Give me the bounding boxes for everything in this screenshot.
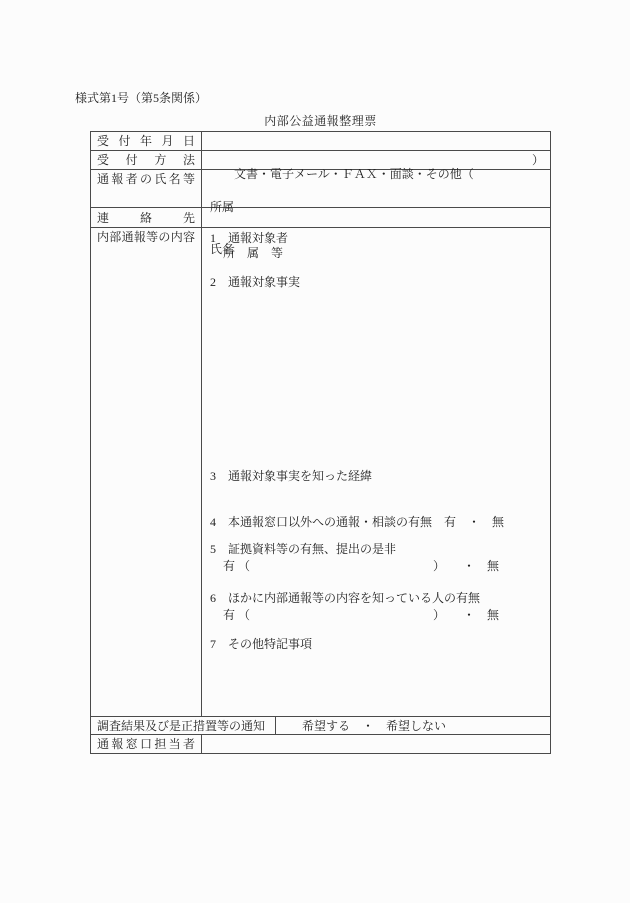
content-item-6-open: 有 （ (223, 608, 250, 622)
report-content-label: 内部通報等の内容 (91, 228, 202, 716)
content-item-3: 3 通報対象事実を知った経緯 (210, 469, 372, 483)
content-item-6-close: ） ・ 無 (433, 608, 499, 622)
row-reception-date: 受付年月日 (91, 132, 550, 151)
row-report-content: 内部通報等の内容 1 通報対象者 所 属 等 2 通報対象事実 3 通報対象事実… (91, 228, 550, 717)
row-contact: 連絡先 (91, 208, 550, 228)
reception-method-value: 文書・電子メール・ＦＡＸ・面談・その他（ ） (202, 151, 550, 169)
row-reporter-name: 通報者の氏名等 所属 氏名 (91, 170, 550, 208)
contact-value (202, 208, 550, 227)
staff-label: 通報窓口担当者 (91, 735, 202, 753)
content-item-2: 2 通報対象事実 (210, 275, 300, 289)
report-form-table: 受付年月日 受付方法 文書・電子メール・ＦＡＸ・面談・その他（ ） 通報者の氏名… (90, 131, 551, 754)
content-item-1-sub: 所 属 等 (223, 246, 283, 260)
notification-label: 調査結果及び是正措置等の通知 (91, 717, 276, 734)
content-item-6: 6 ほかに内部通報等の内容を知っている人の有無 (210, 591, 480, 605)
content-item-5-close: ） ・ 無 (433, 559, 499, 573)
reception-date-label: 受付年月日 (91, 132, 202, 150)
reporter-name-value: 所属 氏名 (202, 170, 550, 207)
notification-value: 希望する ・ 希望しない (276, 717, 550, 734)
row-notification: 調査結果及び是正措置等の通知 希望する ・ 希望しない (91, 717, 550, 735)
content-item-1: 1 通報対象者 (210, 231, 288, 245)
contact-label: 連絡先 (91, 208, 202, 227)
content-item-5-open: 有 （ (223, 559, 250, 573)
reporter-name-label: 通報者の氏名等 (91, 170, 202, 207)
report-content-value: 1 通報対象者 所 属 等 2 通報対象事実 3 通報対象事実を知った経緯 4 … (202, 228, 550, 716)
reception-method-label: 受付方法 (91, 151, 202, 169)
page-title: 内部公益通報整理票 (90, 114, 551, 128)
form-number: 様式第1号（第5条関係） (75, 91, 207, 105)
content-item-4: 4 本通報窓口以外への通報・相談の有無 有 ・ 無 (210, 515, 504, 529)
reception-date-value (202, 132, 550, 150)
staff-value (202, 735, 550, 753)
document-page: 様式第1号（第5条関係） 内部公益通報整理票 受付年月日 受付方法 文書・電子メ… (0, 0, 630, 903)
row-reception-method: 受付方法 文書・電子メール・ＦＡＸ・面談・その他（ ） (91, 151, 550, 170)
row-staff: 通報窓口担当者 (91, 735, 550, 753)
content-item-7: 7 その他特記事項 (210, 637, 312, 651)
reception-method-close-paren: ） (532, 153, 544, 167)
content-item-5: 5 証拠資料等の有無、提出の是非 (210, 542, 396, 556)
